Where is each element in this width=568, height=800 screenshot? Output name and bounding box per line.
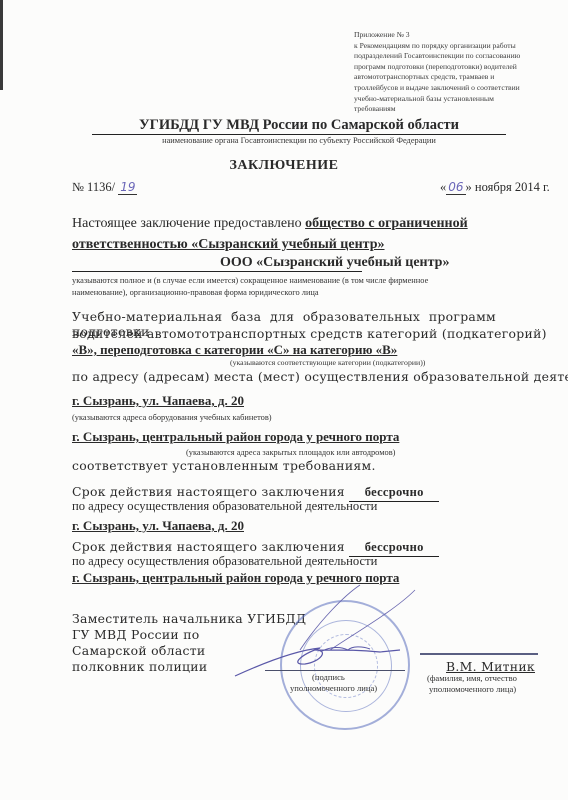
ground-address: г. Сызрань, центральный район города у р… [72,428,399,445]
classroom-caption: (указываются адреса оборудования учебных… [72,412,272,423]
signer-position-4: полковник полиции [72,658,207,675]
recipient-caption-2: наименование), организационно-правовая ф… [72,287,319,298]
organization-name: УГИБДД ГУ МВД России по Самарской област… [92,117,506,135]
scan-edge [0,0,3,90]
conclusion-text: соответствует установленным требованиям. [72,457,376,474]
document-title: ЗАКЛЮЧЕНИЕ [0,158,568,174]
appendix-line: к Рекомендациям по порядку организации р… [354,41,554,52]
recipient-line-2: ответственностью «Сызранский учебный цен… [72,236,385,253]
validity-2-address-intro: по адресу осуществления образовательной … [72,553,377,570]
base-categories: «В», переподготовка с категории «С» на к… [72,341,397,358]
validity-1-address-intro: по адресу осуществления образовательной … [72,498,377,515]
document-number: № 1136/ 19 [72,180,137,195]
validity-1-address: г. Сызрань, ул. Чапаева, д. 20 [72,517,244,534]
appendix-line: Приложение № 3 [354,30,554,41]
number-prefix: № 1136/ [72,180,115,194]
name-line [420,653,538,655]
validity-2-address: г. Сызрань, центральный район города у р… [72,569,399,586]
validity-1-label: Срок действия настоящего заключения [72,484,349,499]
categories-caption: (указываются соответствующие категории (… [230,357,425,368]
appendix-line: автомототранспортных средств, трамваев и [354,72,554,83]
signature-caption-2: уполномоченного лица) [290,683,377,694]
name-caption-2: уполномоченного лица) [429,684,516,695]
recipient-short-name: ООО «Сызранский учебный центр» [220,254,449,271]
recipient-full-name-1: общество с ограниченной [305,216,468,231]
document-date: «06» ноября 2014 г. [440,180,550,195]
number-handwritten: 19 [118,180,137,195]
appendix-line: подразделений Госавтоинспекции по соглас… [354,51,554,62]
signer-position-1: Заместитель начальника УГИБДД [72,610,306,627]
appendix-line: учебно-материальной базы установленным [354,94,554,105]
recipient-caption-1: указываются полное и (в случае если имее… [72,275,428,286]
document-page: Приложение № 3 к Рекомендациям по порядк… [0,0,568,800]
appendix-line: требованиям [354,104,554,115]
organization-caption: наименование органа Госавтоинспекции по … [92,136,506,145]
appendix-line: троллейбусов и выдаче заключений о соотв… [354,83,554,94]
signer-position-2: ГУ МВД России по [72,626,200,643]
recipient-full-name-2: ответственностью «Сызранский учебный цен… [72,237,385,252]
validity-2-label: Срок действия настоящего заключения [72,539,349,554]
date-rest: » ноября 2014 г. [466,180,550,194]
signature-caption-1: (подпись [312,672,345,683]
signature-line [265,670,405,671]
appendix-note: Приложение № 3 к Рекомендациям по порядк… [354,30,554,115]
recipient-line-1: Настоящее заключение предоставлено общес… [72,215,468,232]
address-intro: по адресу (адресам) места (мест) осущест… [72,368,568,385]
signer-position-3: Самарской области [72,642,206,659]
classroom-address: г. Сызрань, ул. Чапаева, д. 20 [72,392,244,409]
official-stamp [280,600,410,730]
recipient-intro: Настоящее заключение предоставлено [72,216,305,231]
date-day-handwritten: 06 [446,180,465,195]
base-line-2: водителей автомототранспортных средств к… [72,325,547,342]
name-caption-1: (фамилия, имя, отчество [427,673,517,684]
appendix-line: программ подготовки (переподготовки) вод… [354,62,554,73]
